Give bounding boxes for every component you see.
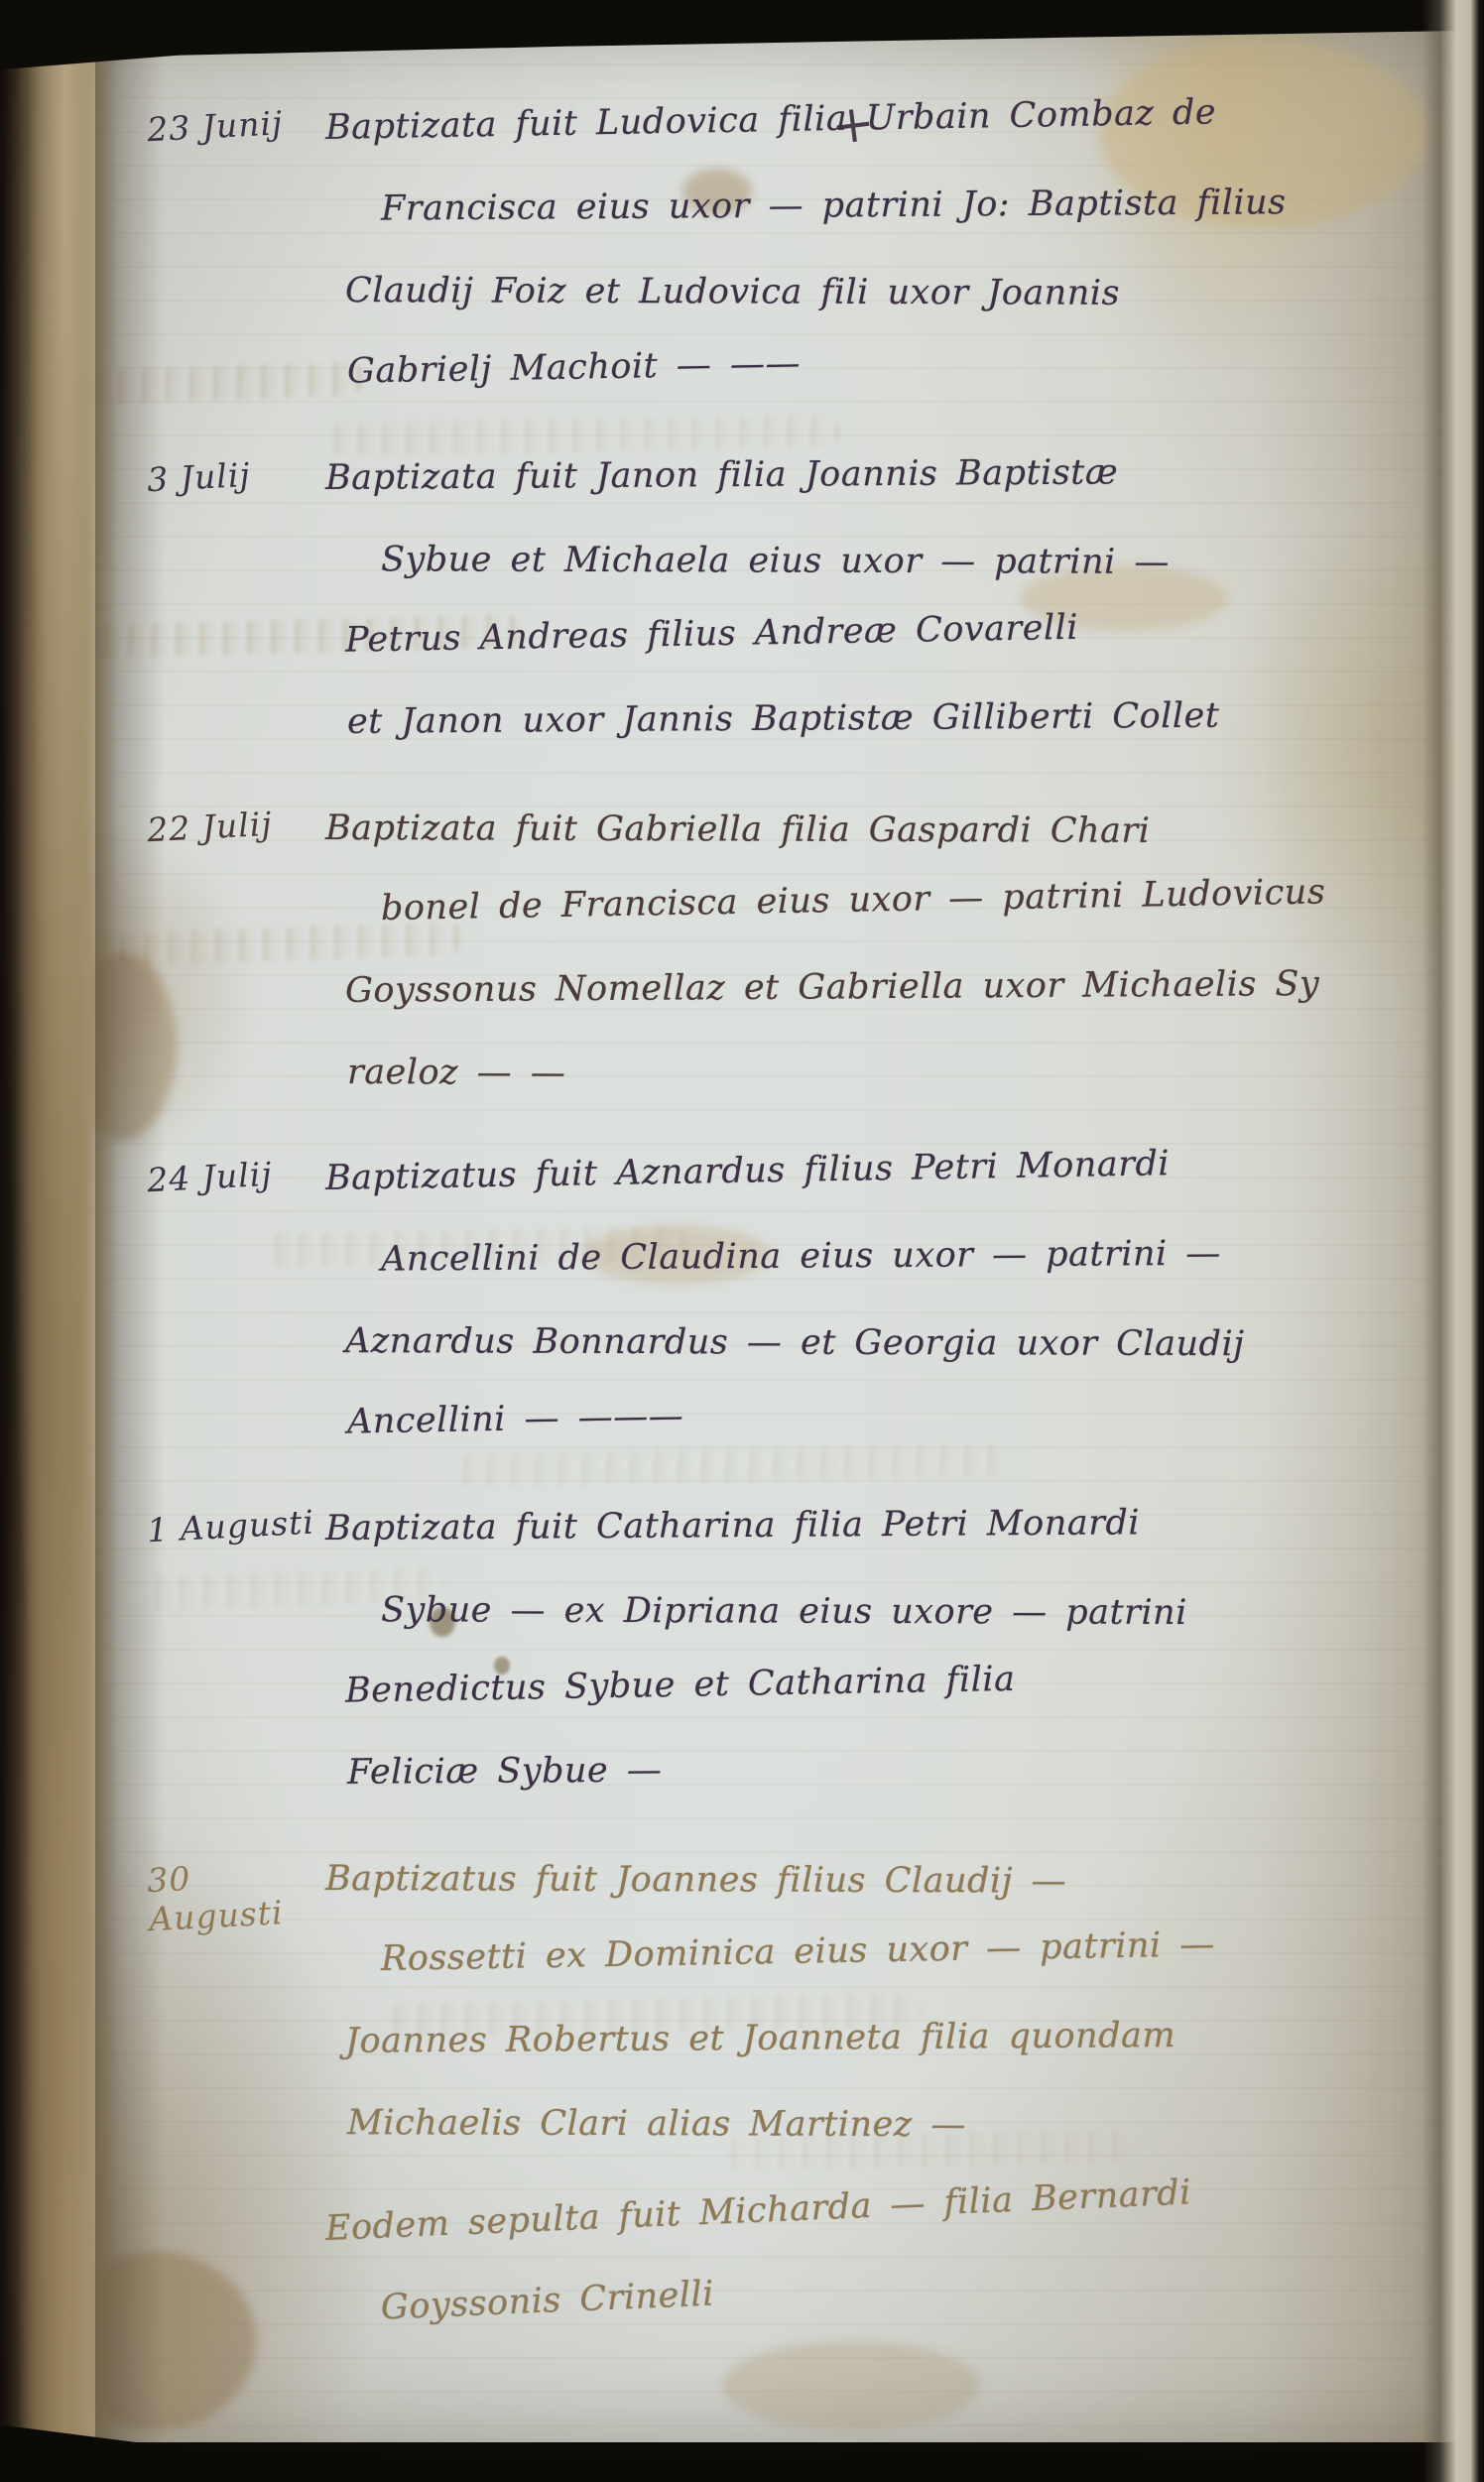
entry: 1 AugustiBaptizata fuit Catharina filia … (95, 1488, 1464, 1813)
entry-line: Goyssonus Nomellaz et Gabriella uxor Mic… (325, 942, 1465, 1032)
entry-lines: Baptizata fuit Gabriella filia Gaspardi … (325, 788, 1464, 1113)
entry-line: Francisca eius uxor — patrini Jo: Baptis… (325, 161, 1465, 250)
entry: 3 JulijBaptizata fuit Janon filia Joanni… (95, 437, 1464, 763)
entry-line: raeloz — — (325, 1032, 1464, 1117)
page-edge-right (1422, 0, 1484, 2482)
gutter-shadow (95, 0, 165, 2482)
entry-line: Baptizata fuit Janon filia Joannis Bapti… (325, 430, 1465, 519)
entry: 30 AugustiBaptizatus fuit Joannes filius… (95, 1838, 1464, 2164)
entry-lines: Baptizatus fuit Joannes filius Claudij —… (325, 1838, 1464, 2164)
entry: 24 JulijBaptizatus fuit Aznardus filius … (95, 1138, 1464, 1463)
entry-line: Ancellini de Claudina eius uxor — patrin… (325, 1211, 1465, 1301)
entry: Eodem sepulta fuit Micharda — filia Bern… (95, 2188, 1464, 2351)
entry-line: Baptizata fuit Catharina filia Petri Mon… (325, 1480, 1465, 1569)
entry-line: Baptizatus fuit Aznardus filius Petri Mo… (324, 1118, 1464, 1219)
entry-line: Feliciæ Sybue — (325, 1724, 1465, 1813)
entry-lines: Baptizata fuit Janon filia Joannis Bapti… (325, 437, 1464, 763)
entry: 22 JulijBaptizata fuit Gabriella filia G… (95, 788, 1464, 1113)
entry: 23 JunijBaptizata fuit Ludovica filia Ur… (95, 87, 1464, 413)
entry-lines: Eodem sepulta fuit Micharda — filia Bern… (325, 2188, 1464, 2351)
register-entries-wrap: + 23 JunijBaptizata fuit Ludovica filia … (95, 87, 1464, 2376)
entry-lines: Baptizata fuit Ludovica filia Urbain Com… (325, 87, 1464, 413)
manuscript-photo: + 23 JunijBaptizata fuit Ludovica filia … (0, 0, 1484, 2482)
entry-lines: Baptizatus fuit Aznardus filius Petri Mo… (325, 1138, 1464, 1463)
entry-line: Joannes Robertus et Joanneta filia quond… (325, 1993, 1465, 2082)
entry-line: et Janon uxor Jannis Baptistæ Gilliberti… (325, 674, 1465, 763)
entries: 23 JunijBaptizata fuit Ludovica filia Ur… (95, 87, 1464, 2351)
entry-lines: Baptizata fuit Catharina filia Petri Mon… (325, 1488, 1464, 1813)
